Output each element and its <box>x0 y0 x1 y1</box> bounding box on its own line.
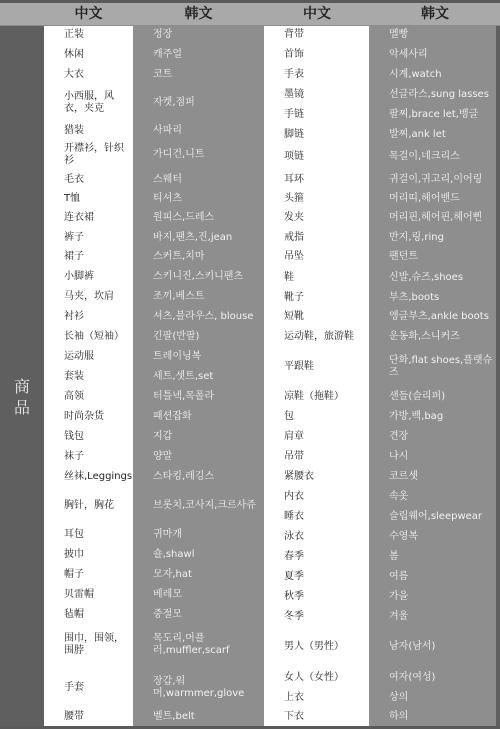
left-ko-cell: 가디건,니트 <box>153 149 204 161</box>
right-ko-cell: 여자(여성) <box>389 672 435 684</box>
right-zh-cell: 平跟鞋 <box>284 361 314 373</box>
left-ko-cell: 패션잡화 <box>153 411 192 423</box>
right-zh-cell: 下衣 <box>284 711 304 723</box>
left-zh-cell: 大衣 <box>64 69 84 81</box>
right-ko-cell: 악세사리 <box>389 49 428 61</box>
right-ko-cell: 견장 <box>389 431 408 443</box>
right-ko-cell: 팬던트 <box>389 251 418 263</box>
right-zh-cell: 发夹 <box>284 212 304 224</box>
right-chinese-column: 背带首饰手表墨镜手链脚链项链耳环头箍发夹戒指吊坠鞋靴子短靴运动鞋，旅游鞋平跟鞋凉… <box>264 26 369 726</box>
left-zh-cell: 裙子 <box>64 251 84 263</box>
right-zh-cell: 吊坠 <box>284 251 304 263</box>
left-zh-cell: 帽子 <box>64 569 84 581</box>
right-ko-cell: 선글라스,sung lasses <box>389 89 489 101</box>
left-ko-cell: 코트 <box>153 69 172 81</box>
right-ko-cell: 멜빵 <box>389 29 408 41</box>
left-ko-cell: 목도리,머플 러,muffler,scarf <box>153 633 230 657</box>
left-zh-cell: 套装 <box>64 371 84 383</box>
right-zh-cell: 秋季 <box>284 591 304 603</box>
right-ko-cell: 나시 <box>389 451 408 463</box>
left-ko-cell: 베레모 <box>153 589 182 601</box>
right-zh-cell: 冬季 <box>284 611 304 623</box>
right-zh-cell: 手表 <box>284 69 304 81</box>
left-zh-cell: 钱包 <box>64 431 84 443</box>
left-ko-cell: 세트,셋트,set <box>153 371 213 383</box>
right-ko-cell: 가방,백,bag <box>389 411 443 423</box>
right-ko-cell: 목걸이,네크리스 <box>389 151 460 163</box>
left-zh-cell: 腰带 <box>64 711 84 723</box>
left-ko-cell: 티셔츠 <box>153 193 182 205</box>
right-ko-cell: 운동화,스니커즈 <box>389 331 460 343</box>
left-ko-cell: 귀마개 <box>153 529 182 541</box>
right-ko-cell: 수영복 <box>389 531 418 543</box>
right-zh-cell: 女人（女性） <box>284 672 344 684</box>
left-zh-cell: 贝雷帽 <box>64 589 94 601</box>
right-zh-cell: 手链 <box>284 109 304 121</box>
left-ko-cell: 스키니진,스키니팬츠 <box>153 271 243 283</box>
left-zh-cell: 围巾，围领， 围脖 <box>64 633 124 657</box>
right-zh-cell: 睡衣 <box>284 511 304 523</box>
left-zh-cell: 毛衣 <box>64 174 84 186</box>
left-ko-cell: 스타킹,레깅스 <box>153 471 214 483</box>
right-zh-cell: 短靴 <box>284 311 304 323</box>
left-zh-cell: T恤 <box>64 193 80 205</box>
left-ko-cell: 양말 <box>153 451 172 463</box>
right-ko-cell: 머리띠,헤어밴드 <box>389 193 460 205</box>
right-zh-cell: 紧腰衣 <box>284 471 314 483</box>
right-ko-cell: 여름 <box>389 571 408 583</box>
right-ko-cell: 귀걸이,귀고리,이어링 <box>389 174 482 186</box>
right-zh-cell: 墨镜 <box>284 89 304 101</box>
table-header: 中文 韩文 中文 韩文 <box>0 3 500 26</box>
right-zh-cell: 凉鞋（拖鞋） <box>284 391 344 403</box>
left-zh-cell: 手套 <box>64 682 84 694</box>
right-zh-cell: 靴子 <box>284 292 304 304</box>
right-zh-cell: 内衣 <box>284 491 304 503</box>
right-ko-cell: 상의 <box>389 692 408 704</box>
right-korean-column: 멜빵악세사리시계,watch선글라스,sung lasses팔찌,brace l… <box>369 26 496 726</box>
right-ko-cell: 팔찌,brace let,뱅글 <box>389 109 478 121</box>
right-zh-cell: 男人（男性） <box>284 641 344 653</box>
left-ko-cell: 숄,shawl <box>153 549 194 561</box>
left-zh-cell: 正装 <box>64 29 84 41</box>
right-ko-cell: 부츠,boots <box>389 292 439 304</box>
right-zh-cell: 包 <box>284 411 294 423</box>
left-ko-cell: 캐주얼 <box>153 49 182 61</box>
right-zh-cell: 脚链 <box>284 129 304 141</box>
left-zh-cell: 马夹，坎肩 <box>64 291 114 303</box>
category-label: 商 品 <box>0 376 44 418</box>
left-ko-cell: 터틀넥,목폴라 <box>153 391 214 403</box>
right-ko-cell: 발찌,ank let <box>389 129 446 141</box>
left-zh-cell: 时尚杂货 <box>64 411 104 423</box>
right-ko-cell: 시계,watch <box>389 69 442 81</box>
right-zh-cell: 鞋 <box>284 272 294 284</box>
left-ko-cell: 중절모 <box>153 609 182 621</box>
left-chinese-column: 正装休闲大衣小西服，风 衣，夹克猎装开襟衫，针织 衫毛衣T恤连衣裙裤子裙子小脚裤… <box>44 26 133 726</box>
left-zh-cell: 衬衫 <box>64 311 84 323</box>
left-ko-cell: 긴팔(반팔) <box>153 331 199 343</box>
category-column: 商 品 <box>0 26 44 729</box>
left-ko-cell: 지갑 <box>153 431 172 443</box>
left-zh-cell: 连衣裙 <box>64 212 94 224</box>
right-ko-cell: 겨울 <box>389 611 408 623</box>
left-zh-cell: 胸针，胸花 <box>64 500 114 512</box>
left-zh-cell: 开襟衫，针织 衫 <box>64 143 124 167</box>
left-ko-cell: 자켓,점퍼 <box>153 97 195 109</box>
right-ko-cell: 머리핀,헤어핀,헤어삔 <box>389 212 482 224</box>
left-ko-cell: 원피스,드레스 <box>153 212 214 224</box>
right-ko-cell: 속옷 <box>389 491 408 503</box>
left-ko-cell: 장갑,워 머,warmmer,glove <box>153 676 244 700</box>
left-zh-cell: 披巾 <box>64 549 84 561</box>
left-zh-cell: 丝袜,Leggings <box>64 471 132 483</box>
right-zh-cell: 春季 <box>284 551 304 563</box>
header-korean-1: 韩文 <box>133 3 264 25</box>
left-zh-cell: 运动服 <box>64 351 94 363</box>
right-zh-cell: 泳衣 <box>284 531 304 543</box>
header-korean-2: 韩文 <box>370 3 500 25</box>
left-ko-cell: 스웨터 <box>153 174 182 186</box>
right-ko-cell: 단화,flat shoes,플랫슈즈 <box>389 355 496 379</box>
left-zh-cell: 袜子 <box>64 451 84 463</box>
right-ko-cell: 신발,슈즈,shoes <box>389 272 463 284</box>
header-chinese-1: 中文 <box>44 3 133 25</box>
left-ko-cell: 벨트,belt <box>153 711 195 723</box>
right-ko-cell: 하의 <box>389 711 408 723</box>
right-ko-cell: 가을 <box>389 591 408 603</box>
right-ko-cell: 봄 <box>389 551 399 563</box>
left-zh-cell: 小西服，风 衣，夹克 <box>64 91 114 115</box>
right-zh-cell: 吊带 <box>284 451 304 463</box>
right-ko-cell: 슬립웨어,sleepwear <box>389 511 482 523</box>
left-ko-cell: 바지,팬츠,진,jean <box>153 232 232 244</box>
left-ko-cell: 조끼,베스트 <box>153 291 204 303</box>
left-zh-cell: 小脚裤 <box>64 271 94 283</box>
right-ko-cell: 남자(남서) <box>389 641 435 653</box>
right-zh-cell: 头箍 <box>284 193 304 205</box>
right-zh-cell: 背带 <box>284 29 304 41</box>
right-zh-cell: 运动鞋，旅游鞋 <box>284 331 354 343</box>
left-korean-column: 정장캐주얼코트자켓,점퍼사파리가디건,니트스웨터티셔츠원피스,드레스바지,팬츠,… <box>133 26 264 726</box>
left-zh-cell: 裤子 <box>64 232 84 244</box>
right-zh-cell: 首饰 <box>284 49 304 61</box>
left-zh-cell: 耳包 <box>64 529 84 541</box>
left-ko-cell: 트레이닝복 <box>153 351 201 363</box>
header-chinese-2: 中文 <box>264 3 370 25</box>
left-ko-cell: 모자,hat <box>153 569 192 581</box>
right-zh-cell: 肩章 <box>284 431 304 443</box>
right-ko-cell: 앵글부츠,ankle boots <box>389 311 489 323</box>
right-ko-cell: 코르셋 <box>389 471 418 483</box>
right-ko-cell: 반지,링,ring <box>389 232 444 244</box>
left-zh-cell: 长袖（短袖） <box>64 331 124 343</box>
left-zh-cell: 猎装 <box>64 125 84 137</box>
right-zh-cell: 戒指 <box>284 232 304 244</box>
left-ko-cell: 정장 <box>153 29 172 41</box>
right-zh-cell: 上衣 <box>284 692 304 704</box>
left-ko-cell: 셔츠,블라우스, blouse <box>153 311 253 323</box>
right-ko-cell: 샌들(슬리퍼) <box>389 391 445 403</box>
left-zh-cell: 毡帽 <box>64 609 84 621</box>
right-zh-cell: 项链 <box>284 151 304 163</box>
right-edge <box>496 26 500 729</box>
left-zh-cell: 休闲 <box>64 49 84 61</box>
right-zh-cell: 夏季 <box>284 571 304 583</box>
left-ko-cell: 브롯치,코사지,크르사쥬 <box>153 500 256 512</box>
left-ko-cell: 스커트,치마 <box>153 251 204 263</box>
right-zh-cell: 耳环 <box>284 174 304 186</box>
left-zh-cell: 高领 <box>64 391 84 403</box>
left-ko-cell: 사파리 <box>153 125 182 137</box>
